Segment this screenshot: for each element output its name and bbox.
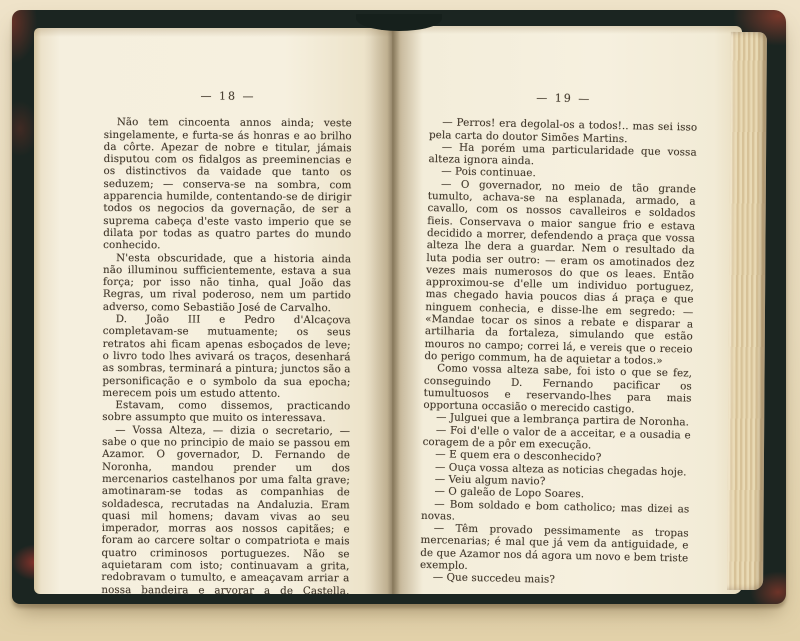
page-number-header-19: — 19 — — [430, 90, 698, 108]
paragraph: N'esta obscuridade, que a historia ainda… — [103, 252, 351, 315]
book-cover: — 18 — Não tem cincoenta annos ainda; ve… — [12, 10, 786, 604]
page-19-text: — 19 — — Perros! era degolal-os a todos!… — [420, 90, 698, 589]
left-page: — 18 — Não tem cincoenta annos ainda; ve… — [34, 28, 392, 594]
book-photo: — 18 — Não tem cincoenta annos ainda; ve… — [0, 0, 800, 641]
paragraph: Estavam, como dissemos, practicando sobr… — [102, 399, 350, 425]
page-number-header-18: — 18 — — [104, 90, 352, 104]
page-18-text: — 18 — Não tem cincoenta annos ainda; ve… — [101, 90, 352, 594]
paragraph: D. João III e Pedro d'Alcaçova completav… — [102, 313, 350, 400]
right-page: — 19 — — Perros! era degolal-os a todos!… — [392, 26, 742, 594]
paragraph: — Têm provado pessimamente as tropas mer… — [420, 522, 689, 577]
paragraph: Não tem cincoenta annos ainda; veste sin… — [103, 116, 352, 253]
paragraph: — O governador, no meio de tão grande tu… — [424, 178, 696, 368]
paragraph: — Vossa Alteza, — dizia o secretario, — … — [101, 424, 350, 594]
page-edge-stack — [727, 32, 767, 590]
paragraph: Como vossa alteza sabe, foi isto o que s… — [423, 362, 692, 417]
